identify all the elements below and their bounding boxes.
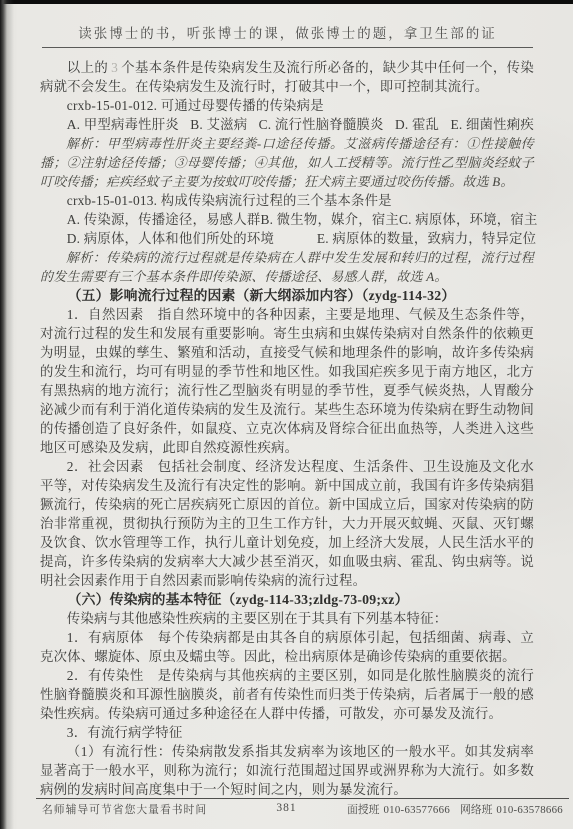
scan-top-edge <box>0 0 573 4</box>
footer-left-slogan: 名师辅导可节省您大量看书时间 <box>42 802 207 817</box>
option-b: B. 艾滋病 <box>190 115 247 134</box>
header-slogan: 读张博士的书，听张博士的课，做张博士的题，拿卫生部的证 <box>42 22 533 42</box>
section-6-item-epidemicity: （1）有流行性：传染病散发系指其发病率为该地区的一般水平。如其发病率显著高于一般… <box>40 742 534 799</box>
question-013-options-row2: D. 病原体，人体和他们所处的环境 E. 病原体的数量，致病力，特异定位 <box>40 229 534 248</box>
page-header: 读张博士的书，听张博士的课，做张博士的题，拿卫生部的证 <box>42 22 533 48</box>
page-footer: 名师辅导可节省您大量看书时间 381 面授班010-63577666网络班010… <box>0 798 573 820</box>
section-6-heading: （六）传染病的基本特征（zydg-114-33;zldg-73-09;xz） <box>40 590 534 609</box>
question-012-options: A. 甲型病毒性肝炎 B. 艾滋病 C. 流行性脑脊髓膜炎 D. 霍乱 E. 细… <box>40 115 534 134</box>
question-012-stem: crxb-15-01-012. 可通过母婴传播的传染病是 <box>40 96 534 115</box>
option-c: C. 流行性脑脊髓膜炎 <box>259 115 384 134</box>
section-6-item-pathogen: 1．有病原体 每个传染病都是由其各自的病原体引起，包括细菌、病毒、立克次体、螺旋… <box>40 628 534 666</box>
option-d: D. 霍乱 <box>395 115 439 134</box>
intro-faint-number: 3 <box>108 60 121 75</box>
option-a: A. 甲型病毒性肝炎 <box>67 115 179 134</box>
option-e: E. 细菌性痢疾 <box>451 115 534 134</box>
footer-row: 名师辅导可节省您大量看书时间 381 面授班010-63577666网络班010… <box>0 802 573 820</box>
section-5-paragraph-natural-factors: 1．自然因素 指自然环境中的各种因素，主要是地理、气候及生态条件等，对流行过程的… <box>40 305 534 457</box>
online-class-label: 网络班 <box>460 804 492 816</box>
scan-left-edge <box>0 0 14 829</box>
option-d: D. 病原体，人体和他们所处的环境 <box>67 229 274 248</box>
intro-text-pre: 以上的 <box>67 60 108 75</box>
question-013-analysis: 解析：传染病的流行过程就是传染病在人群中发生发展和转归的过程，流行过程的发生需要… <box>40 248 534 286</box>
onsite-class-phone: 010-63577666 <box>383 804 450 816</box>
section-5-paragraph-social-factors: 2．社会因素 包括社会制度、经济发达程度、生活条件、卫生设施及文化水平等，对传染… <box>40 457 534 590</box>
footer-rule <box>36 798 569 799</box>
question-013-options-row1: A. 传染源，传播途径，易感人群 B. 微生物，媒介，宿主 C. 病原体，环境，… <box>40 210 534 229</box>
onsite-class-label: 面授班 <box>347 804 379 816</box>
intro-paragraph: 以上的3个基本条件是传染病发生及流行所必备的，缺少其中任何一个，传染病就不会发生… <box>40 58 534 96</box>
header-rule <box>42 47 533 48</box>
footer-contact-info: 面授班010-63577666网络班010-63578666 <box>347 802 563 817</box>
online-class-phone: 010-63578666 <box>496 804 563 816</box>
scanned-book-page: 读张博士的书，听张博士的课，做张博士的题，拿卫生部的证 以上的3个基本条件是传染… <box>0 0 573 829</box>
option-e: E. 病原体的数量，致病力，特异定位 <box>317 229 536 248</box>
section-6-intro: 传染病与其他感染性疾病的主要区别在于其具有下列基本特征： <box>40 609 534 628</box>
option-c: C. 病原体，环境，宿主 <box>399 210 538 229</box>
option-a: A. 传染源，传播途径，易感人群 <box>67 210 261 229</box>
page-body: 以上的3个基本条件是传染病发生及流行所必备的，缺少其中任何一个，传染病就不会发生… <box>40 58 534 799</box>
section-5-heading: （五）影响流行过程的因素（新大纲添加内容）（zydg-114-32） <box>40 286 534 305</box>
option-b: B. 微生物，媒介，宿主 <box>260 210 399 229</box>
section-6-item-infectivity: 2．有传染性 是传染病与其他疾病的主要区别，如同是化脓性脑膜炎的流行性脑脊髓膜炎… <box>40 666 534 723</box>
question-012-analysis: 解析：甲型病毒性肝炎主要经粪-口途径传播。艾滋病传播途径有：①性接触传播；②注射… <box>40 134 534 191</box>
section-6-item-epidemiology: 3．有流行病学特征 <box>40 723 534 742</box>
question-013-stem: crxb-15-01-013. 构成传染病流行过程的三个基本条件是 <box>40 191 534 210</box>
page-number: 381 <box>276 802 296 814</box>
